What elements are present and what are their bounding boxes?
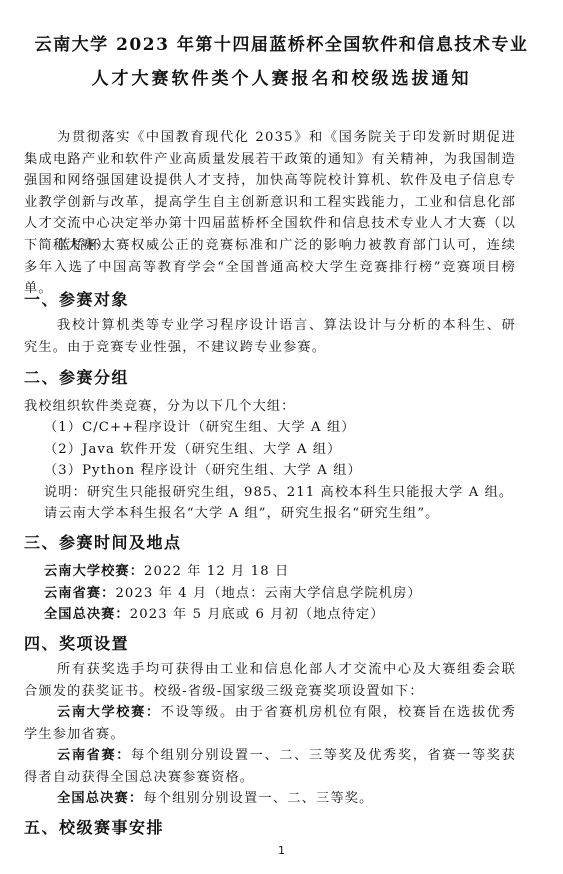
award-item-1: 云南大学校赛：不设等级。由于省赛机房机位有限，校赛旨在选拔优秀学生参加省赛。 <box>24 702 516 745</box>
document-page: 云南大学 2023 年第十四届蓝桥杯全国软件和信息技术专业 人才大赛软件类个人赛… <box>0 0 563 874</box>
award-item-3: 全国总决赛：每个组别分别设置一、二、三等奖。 <box>24 788 516 810</box>
schedule-label: 云南省赛： <box>44 586 115 601</box>
award-label: 全国总决赛： <box>57 791 143 806</box>
schedule-item-2: 云南省赛：2023 年 4 月（地点：云南大学信息学院机房） <box>44 582 422 601</box>
section-2-lead: 我校组织软件类竞赛，分为以下几个大组： <box>24 395 295 414</box>
award-item-2: 云南省赛：每个组别分别设置一、二、三等奖及优秀奖，省赛一等奖获得者自动获得全国总… <box>24 745 516 788</box>
schedule-label: 云南大学校赛： <box>44 564 144 579</box>
section-4-paragraph: 所有获奖选手均可获得由工业和信息化部人才交流中心及大赛组委会联合颁发的获奖证书。… <box>24 659 516 702</box>
group-note-1: 说明：研究生只能报研究生组，985、211 高校本科生只能报大学 A 组。 <box>44 481 513 500</box>
schedule-value: 2023 年 4 月（地点：云南大学信息学院机房） <box>115 586 421 601</box>
group-item-3: （3）Python 程序设计（研究生组、大学 A 组） <box>44 459 362 478</box>
group-item-2: （2）Java 软件开发（研究生组、大学 A 组） <box>44 438 341 457</box>
schedule-item-1: 云南大学校赛：2022 年 12 月 18 日 <box>44 560 289 579</box>
page-number: 1 <box>0 844 563 857</box>
section-heading-1: 一、参赛对象 <box>24 287 129 310</box>
section-1-paragraph: 我校计算机类等专业学习程序设计语言、算法设计与分析的本科生、研究生。由于竞赛专业… <box>24 315 516 358</box>
schedule-item-3: 全国总决赛：2023 年 5 月底或 6 月初（地点待定） <box>44 603 385 622</box>
section-heading-3: 三、参赛时间及地点 <box>24 530 182 553</box>
group-note-2: 请云南大学本科生报名“大学 A 组”，研究生报名“研究生组”。 <box>44 502 439 521</box>
schedule-label: 全国总决赛： <box>44 607 130 622</box>
section-heading-4: 四、奖项设置 <box>24 631 129 654</box>
schedule-value: 2022 年 12 月 18 日 <box>144 564 289 579</box>
section-heading-5: 五、校级赛事安排 <box>24 815 164 838</box>
schedule-value: 2023 年 5 月底或 6 月初（地点待定） <box>130 607 385 622</box>
group-item-1: （1）C/C++程序设计（研究生组、大学 A 组） <box>44 416 356 435</box>
section-heading-2: 二、参赛分组 <box>24 365 129 388</box>
document-title-line1: 云南大学 2023 年第十四届蓝桥杯全国软件和信息技术专业 <box>0 30 563 55</box>
award-value: 每个组别分别设置一、二、三等奖。 <box>143 791 373 806</box>
award-label: 云南省赛： <box>57 748 131 763</box>
award-label: 云南大学校赛： <box>57 705 161 720</box>
document-title-line2: 人才大赛软件类个人赛报名和校级选拔通知 <box>0 64 563 89</box>
